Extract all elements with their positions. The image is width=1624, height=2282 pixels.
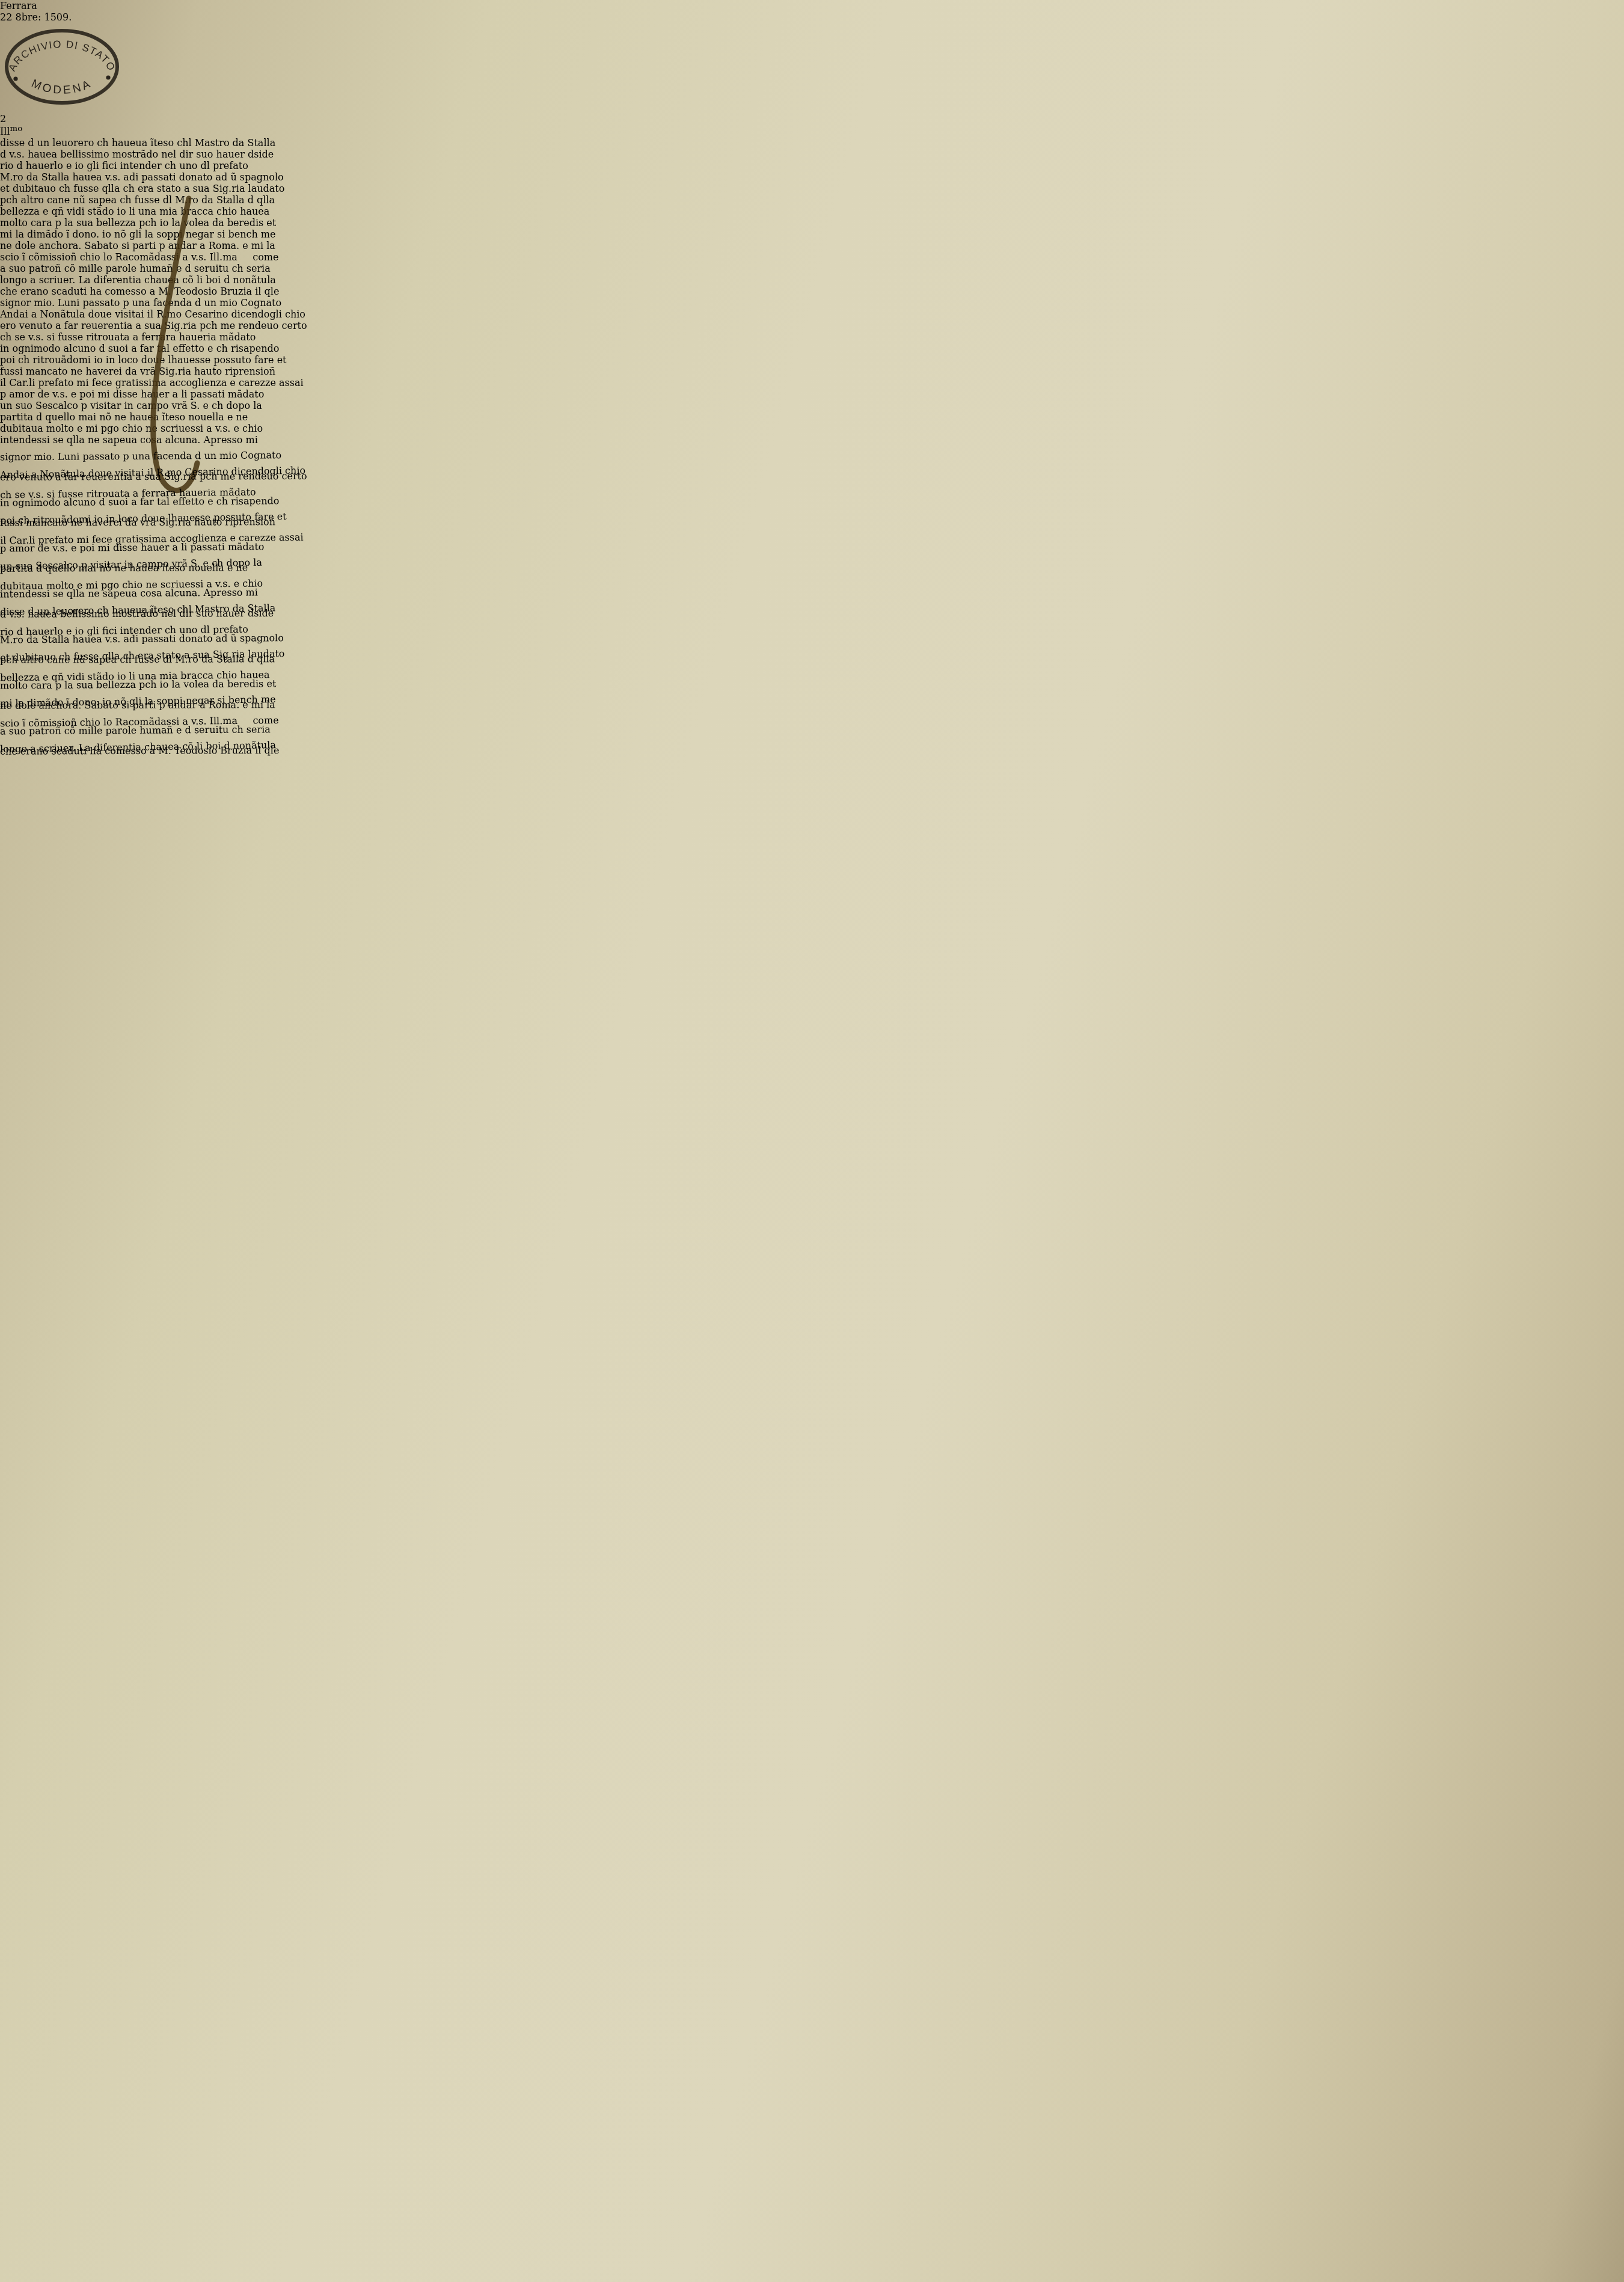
bleedthrough-line: rio d hauerlo e io gli fici intender ch … [0,160,1624,171]
ink-blot: hauer [216,608,245,619]
letter-page: Ferrara 22 8bre: 1509. ARCHIVIO DI STATO… [0,0,1624,2282]
opening-initial-superscript: mo [10,124,23,133]
stamp-right-dot [106,75,110,79]
bleedthrough-line: disse d un leuorero ch haueua ĩteso chl … [0,137,1624,149]
scan-background: Ferrara 22 8bre: 1509. ARCHIVIO DI STATO… [0,0,1624,2282]
lines-container: signor mio. Luni passato p una facenda d… [0,446,1624,754]
opening-initial: Illmo [0,124,1624,137]
folio-number: 2 [0,113,1624,124]
bleedthrough-line: d v.s. hauea bellissimo mostrãdo nel dir… [0,149,1624,160]
header-place: Ferrara [0,0,1624,11]
header-date: 22 8bre: 1509. [0,11,1624,23]
opening-initial-letters: Ill [0,126,10,137]
archive-stamp: ARCHIVIO DI STATO MODENA [0,23,124,111]
stamp-top-text: ARCHIVIO DI STATO [6,38,117,73]
stamp-left-dot [13,76,17,81]
stamp-bottom-text: MODENA [29,77,94,97]
